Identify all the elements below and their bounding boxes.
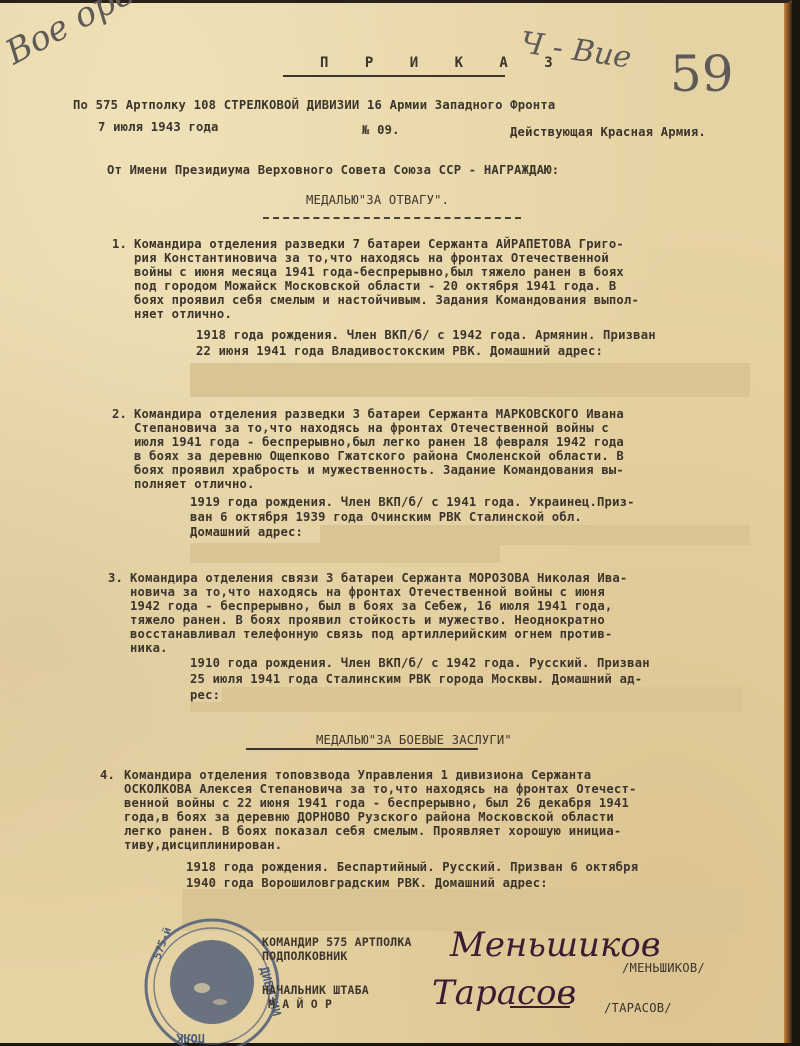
bio-line: 1918 года рождения. Член ВКП/б/ с 1942 г… xyxy=(196,327,656,343)
signature-commander: Меньшиков xyxy=(450,925,661,965)
entry-line: легко ранен. В боях показал себя смелым.… xyxy=(124,824,637,838)
entry-line: ника. xyxy=(130,641,627,655)
entry-line: в боях за деревню Ощепково Гжатского рай… xyxy=(134,449,624,463)
bio-line: 1918 года рождения. Беспартийный. Русски… xyxy=(186,859,638,875)
entry-line: восстанавливал телефонную связь под арти… xyxy=(130,627,627,641)
redacted-address xyxy=(222,687,742,703)
signature-underline xyxy=(510,1006,570,1008)
svg-text:ПОЛК: ПОЛК xyxy=(175,1031,205,1043)
entry-bio: 1918 года рождения. Член ВКП/б/ с 1942 г… xyxy=(196,327,656,359)
entry-line: под городом Можайск Московской области -… xyxy=(134,279,639,293)
order-date: 7 июля 1943 года xyxy=(98,120,219,134)
entry-line: тиву,дисциплинирован. xyxy=(124,838,637,852)
bio-line: 1919 года рождения. Член ВКП/б/ с 1941 г… xyxy=(190,495,635,510)
redacted-address xyxy=(190,363,750,397)
entry-line: новича за то,что находясь на фронтах Оте… xyxy=(130,585,627,599)
entry-line: Командира отделения топовзвода Управлени… xyxy=(124,768,637,782)
bio-line: 25 июля 1941 года Сталинским РВК города … xyxy=(190,671,650,687)
signatory-name: /МЕНЬШИКОВ/ xyxy=(622,961,705,975)
document-page: Вое орв ширз Ч - Вие 59 П Р И К А З По 5… xyxy=(0,0,792,1043)
header-line: По 575 Артполку 108 СТРЕЛКОВОЙ ДИВИЗИИ 1… xyxy=(73,98,555,112)
section-heading-combat-merit: МЕДАЛЬЮ"ЗА БОЕВЫЕ ЗАСЛУГИ" xyxy=(316,733,512,747)
entry-number: 4. xyxy=(100,768,115,782)
bio-line: 1910 года рождения. Член ВКП/б/ с 1942 г… xyxy=(190,655,650,671)
entry-line: войны с июня месяца 1941 года-беспрерывн… xyxy=(134,265,639,279)
bio-line: ван 6 октября 1939 года Очинским РВК Ста… xyxy=(190,510,635,525)
entry-body: Командира отделения разведки 7 батареи С… xyxy=(134,237,639,321)
entry-body: Командира отделения разведки 3 батареи С… xyxy=(134,407,624,491)
signatory-rank: ПОДПОЛКОВНИК xyxy=(262,949,347,963)
redacted-address xyxy=(190,543,500,563)
entry-line: рия Константиновича за то,что находясь н… xyxy=(134,251,639,265)
redacted-address xyxy=(190,702,742,712)
signatory-name: /ТАРАСОВ/ xyxy=(604,1001,672,1015)
entry-number: 2. xyxy=(112,407,127,421)
entry-line: Командира отделения разведки 7 батареи С… xyxy=(134,237,639,251)
entry-line: года,в боях за деревню ДОРНОВО Рузского … xyxy=(124,810,637,824)
title-underline xyxy=(283,75,505,77)
section-heading-courage: МЕДАЛЬЮ"ЗА ОТВАГУ". xyxy=(306,193,449,207)
section-heading-underline xyxy=(246,748,478,750)
entry-line: Командира отделения связи 3 батареи Серж… xyxy=(130,571,627,585)
order-number: № 09. xyxy=(362,123,400,137)
official-seal-stamp: 575-й ДИВИЗИИ ПОЛК xyxy=(140,908,290,1043)
entry-body: Командира отделения топовзвода Управлени… xyxy=(124,768,637,852)
entry-line: июля 1941 года - беспрерывно,был легко р… xyxy=(134,435,624,449)
bio-line: 22 июня 1941 года Владивостокским РВК. Д… xyxy=(196,343,656,359)
document-title: П Р И К А З xyxy=(320,55,567,71)
svg-text:575-й: 575-й xyxy=(151,925,175,961)
order-place: Действующая Красная Армия. xyxy=(510,125,706,139)
entry-line: венной войны с 22 июня 1941 года - беспр… xyxy=(124,796,637,810)
entry-line: Командира отделения разведки 3 батареи С… xyxy=(134,407,624,421)
entry-line: Степановича за то,что находясь на фронта… xyxy=(134,421,624,435)
signatory-rank: М А Й О Р xyxy=(268,997,332,1011)
redacted-address xyxy=(320,525,750,545)
entry-number: 1. xyxy=(112,237,127,251)
entry-line: боях проявил себя смелым и настойчивым. … xyxy=(134,293,639,307)
entry-line: няет отлично. xyxy=(134,307,639,321)
entry-number: 3. xyxy=(108,571,123,585)
handwritten-note-top-left: Вое орв ширз xyxy=(0,0,233,73)
signatory-title: НАЧАЛЬНИК ШТАБА xyxy=(262,983,369,997)
entry-line: 1942 года - беспрерывно, был в боях за С… xyxy=(130,599,627,613)
entry-line: тяжело ранен. В боях проявил стойкость и… xyxy=(130,613,627,627)
preamble: От Имени Президиума Верховного Совета Со… xyxy=(107,163,559,177)
signatory-title: КОМАНДИР 575 АРТПОЛКА xyxy=(262,935,412,949)
entry-line: ОСКОЛКОВА Алексея Степановича за то,что … xyxy=(124,782,637,796)
handwritten-page-number: 59 xyxy=(670,45,734,103)
entry-bio: 1918 года рождения. Беспартийный. Русски… xyxy=(186,859,638,891)
entry-line: боях проявил храбрость и мужественность.… xyxy=(134,463,624,477)
entry-line: полняет отлично. xyxy=(134,477,624,491)
section-heading-underline xyxy=(263,217,521,219)
entry-body: Командира отделения связи 3 батареи Серж… xyxy=(130,571,627,655)
